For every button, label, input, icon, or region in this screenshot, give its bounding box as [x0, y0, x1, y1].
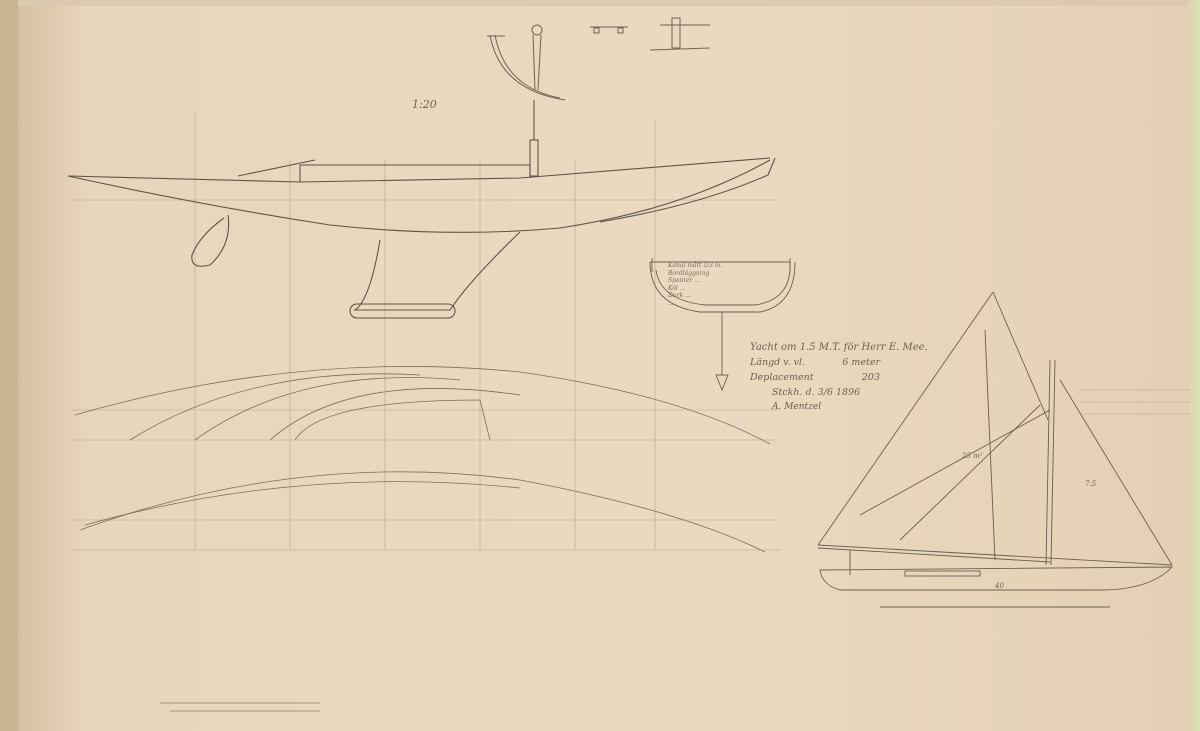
caption-title: Yacht om 1.5 M.T. för Herr E. Mee. — [750, 340, 928, 355]
caption-label: Deplacement — [750, 370, 814, 385]
section-note: Bordläggning — [668, 270, 722, 278]
section-note: Kanal mått 1/3 m. — [668, 262, 722, 270]
caption-row: Längd v. vl. 6 meter — [750, 355, 880, 370]
caption-label: Längd v. vl. — [750, 355, 805, 370]
section-note: ... — [668, 300, 722, 308]
caption-value: 6 meter — [842, 355, 880, 370]
caption-value: 203 — [862, 370, 880, 385]
caption-signature: A. Mentzel — [772, 400, 928, 415]
sail-area-label: 25 m² — [962, 452, 983, 460]
caption-date: Stckh. d. 3/6 1896 — [772, 385, 928, 400]
section-note: Köl ... — [668, 285, 722, 293]
scale-bar — [160, 703, 320, 711]
drawing-sheet: 1:20 Kanal mått 1/3 m. Bordläggning Span… — [0, 0, 1200, 731]
title-block: Yacht om 1.5 M.T. för Herr E. Mee. Längd… — [750, 340, 928, 415]
scale-note: 1:20 — [412, 98, 437, 111]
body-plan-view — [75, 366, 770, 552]
section-note: Spanter ... — [668, 277, 722, 285]
caption-row: Deplacement 203 — [750, 370, 880, 385]
pencil-drawing — [0, 0, 1200, 731]
section-notes: Kanal mått 1/3 m. Bordläggning Spanter .… — [668, 262, 722, 307]
section-note: Durk ... — [668, 292, 722, 300]
hull-dimension-label: 40 — [995, 582, 1004, 590]
detail-sketches — [487, 18, 710, 100]
sail-dimension-label: 7.5 — [1085, 480, 1096, 488]
